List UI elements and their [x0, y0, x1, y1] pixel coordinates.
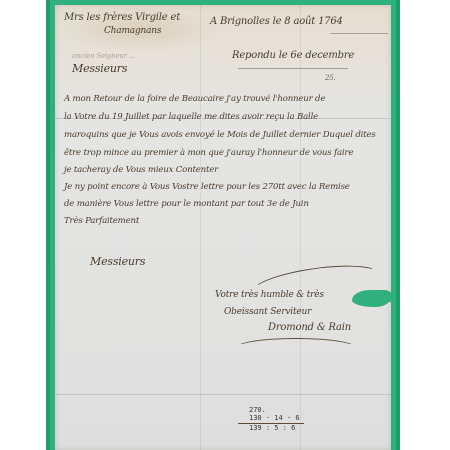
paper-fold	[200, 5, 201, 450]
calc-result: 139 : 5 : 6	[249, 424, 295, 432]
reply-underline	[238, 68, 348, 69]
body-line: Très Parfaitement	[64, 216, 139, 226]
body-line: je tacheray de Vous mieux Contenter	[64, 165, 218, 175]
place-date: A Brignolles le 8 août 1764	[210, 16, 343, 27]
body-line: A mon Retour de la foire de Beaucaire j'…	[64, 94, 325, 104]
signature-flourish	[235, 338, 357, 358]
faint-note: ancien Seigneur ...	[72, 52, 135, 60]
reply-note: Repondu le 6e decembre	[232, 50, 354, 61]
closing-salutation: Messieurs	[90, 255, 145, 268]
body-line: être trop mince au premier à mon que j'a…	[64, 148, 353, 158]
paper-fold	[300, 5, 301, 450]
addressee-line-1: Mrs les frères Virgile et	[64, 12, 180, 23]
signature: Dromond & Rain	[268, 322, 351, 333]
paper-fold	[55, 394, 391, 395]
number-mark: 25.	[325, 74, 336, 82]
addressee-line-2: Chamagnans	[104, 26, 161, 36]
closing-line-1: Votre très humble & très	[215, 290, 324, 300]
calc-line-1: 270.	[249, 406, 266, 414]
body-line: maroquins que je Vous avois envoyé le Mo…	[64, 130, 376, 140]
body-line: Je ny point encore à Vous Vostre lettre …	[64, 182, 350, 192]
closing-line-2: Obeissant Serviteur	[224, 307, 311, 317]
salutation: Messieurs	[72, 62, 127, 75]
body-line: de manière Vous lettre pour le montant p…	[64, 199, 309, 209]
date-underline	[330, 33, 388, 34]
body-line: la Votre du 19 Juillet par laquelle me d…	[64, 112, 318, 122]
paper-tear	[380, 294, 394, 302]
calc-line-2: 130 · 14 · 6	[249, 414, 300, 422]
